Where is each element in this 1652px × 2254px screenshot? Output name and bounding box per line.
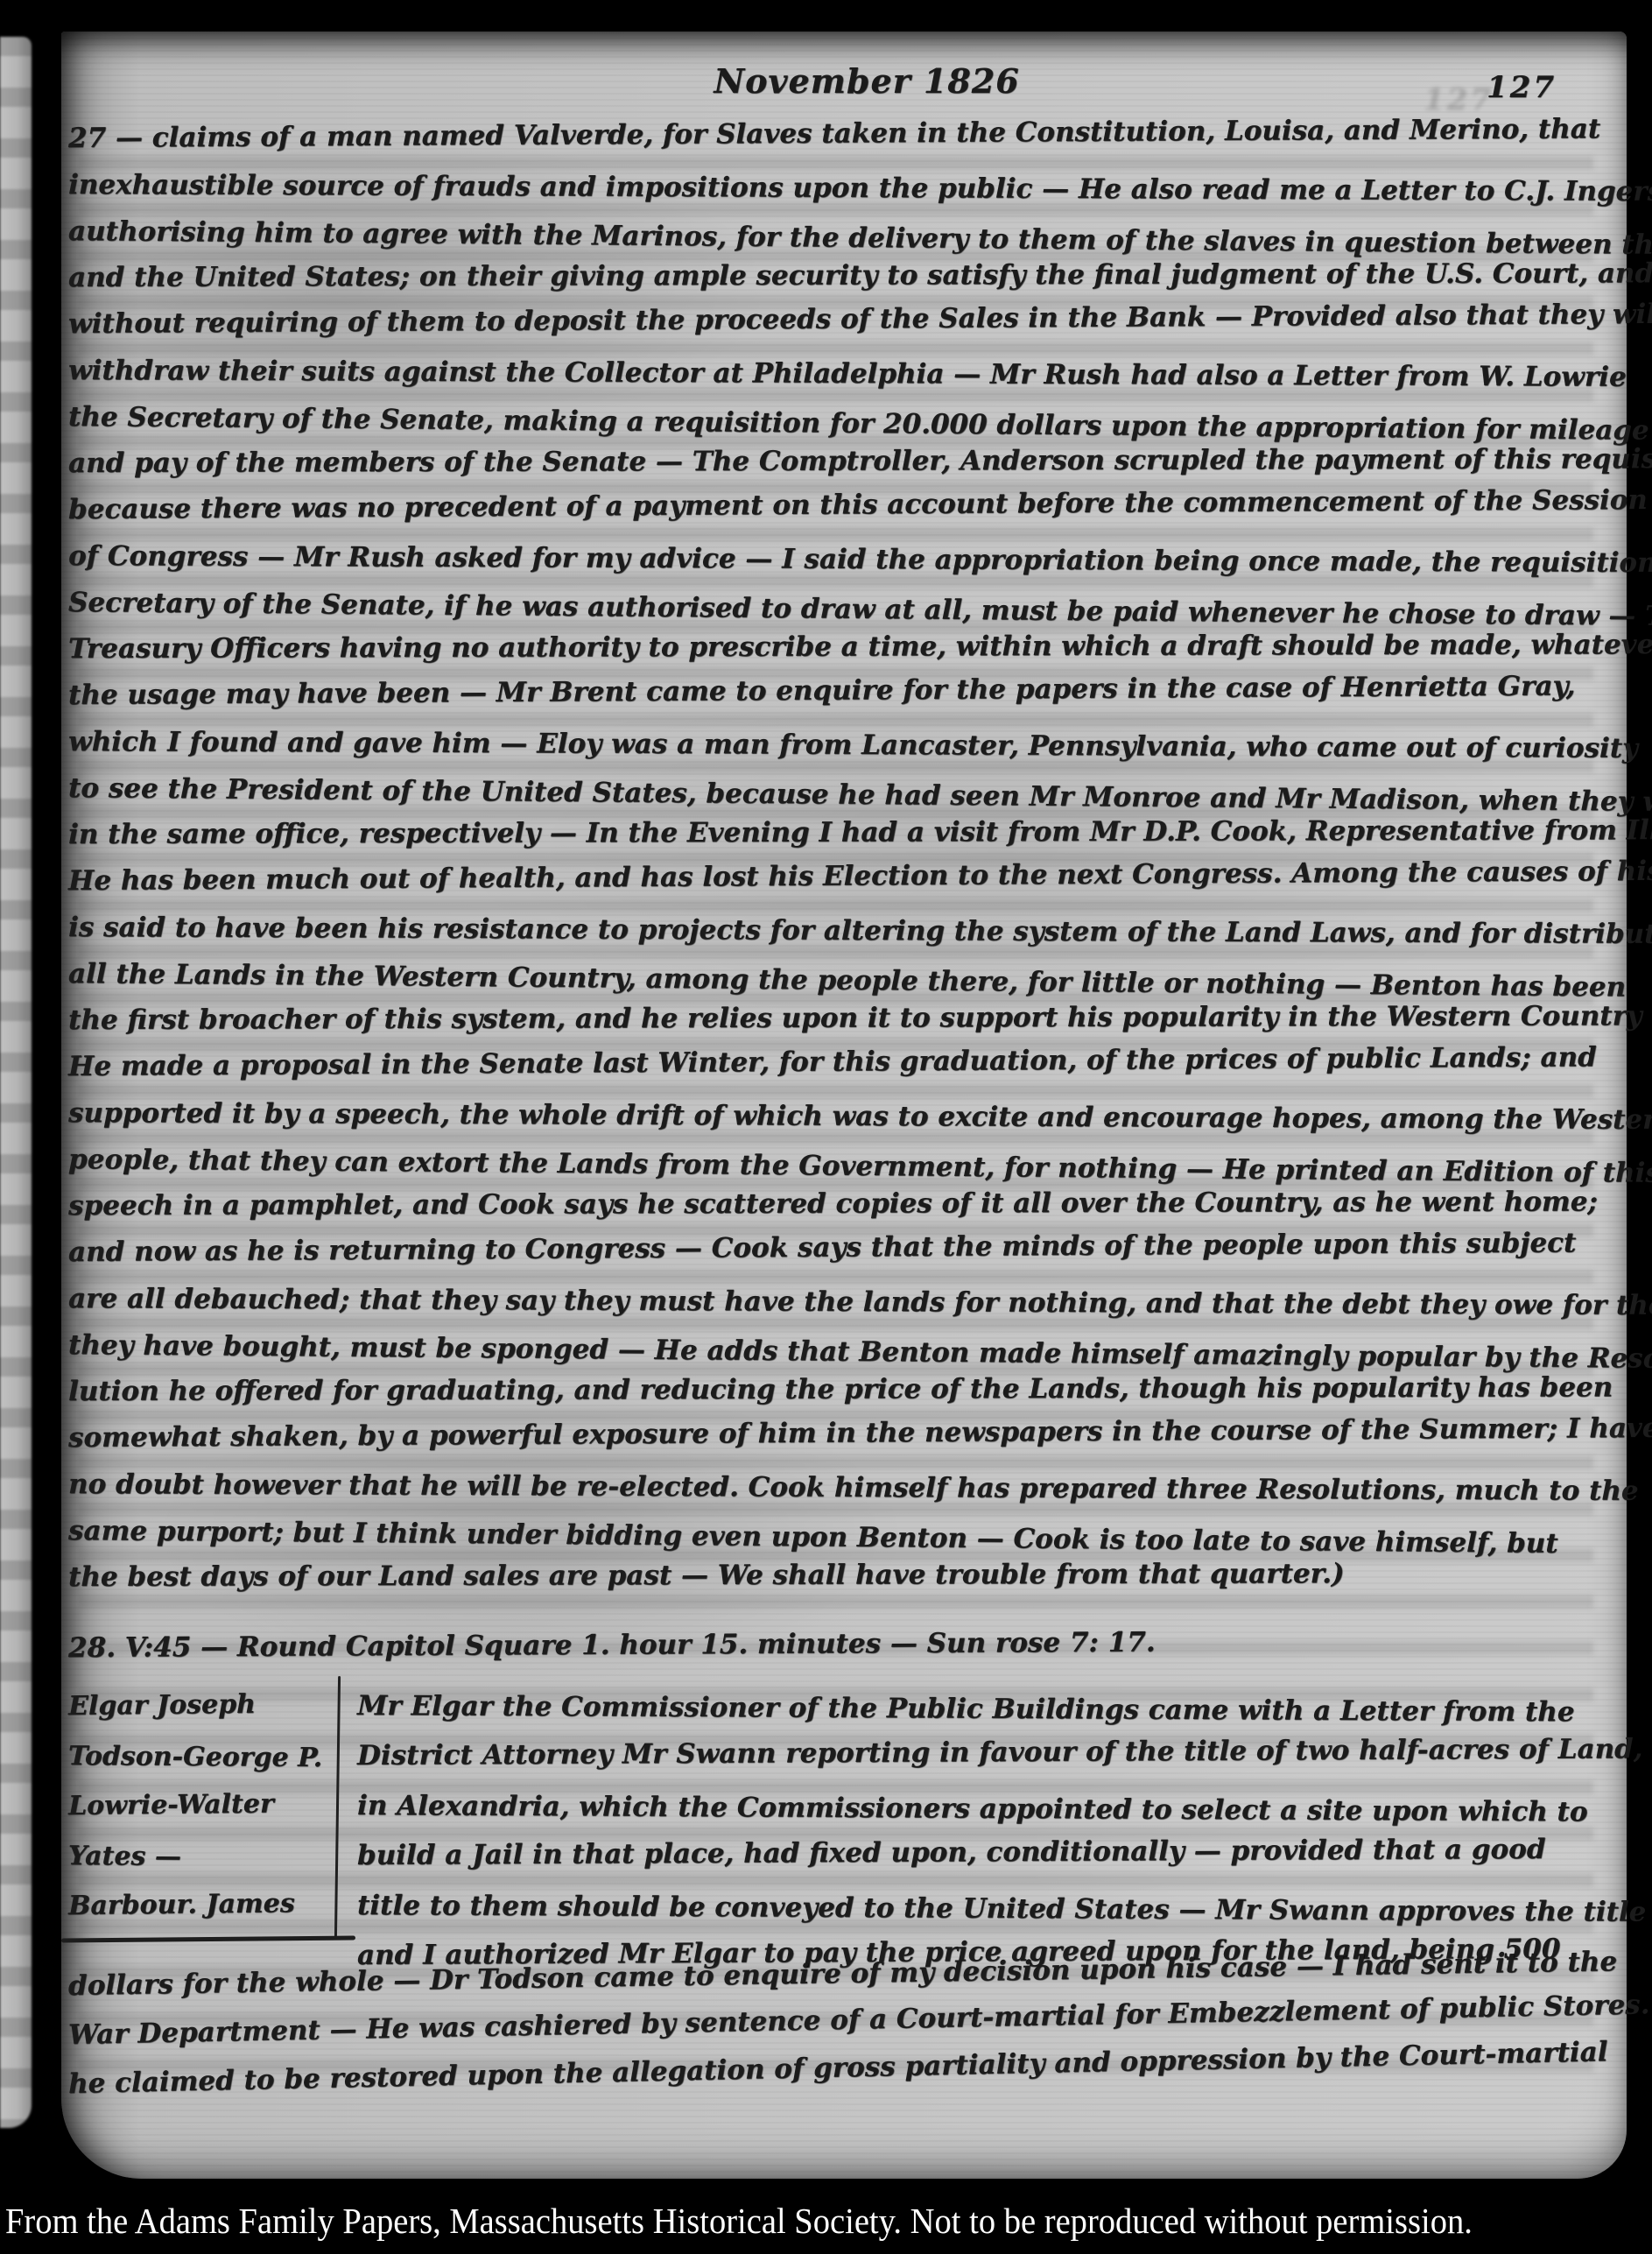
margin-name: Lowrie-Walter xyxy=(68,1779,332,1831)
entry-28-text-column: Mr Elgar the Commissioner of the Public … xyxy=(357,1681,1646,1981)
entry-28-continuation: dollars for the whole — Dr Todson came t… xyxy=(68,1962,1609,2109)
margin-underline-rule xyxy=(61,1936,355,1943)
diary-line: because there was no precedent of a paym… xyxy=(68,477,1609,533)
diary-line: which I found and gave him — Eloy was a … xyxy=(68,719,1609,772)
diary-entry-28: Elgar Joseph Todson-George P. Lowrie-Wal… xyxy=(68,1681,1609,1984)
diary-line: are all debauched; that they say they mu… xyxy=(68,1276,1609,1329)
diary-line: He has been much out of health, and has … xyxy=(68,849,1609,905)
margin-name: Barbour. James xyxy=(68,1878,332,1931)
previous-page-edge xyxy=(0,37,32,2128)
diary-line: build a Jail in that place, had fixed up… xyxy=(357,1824,1647,1881)
diary-line: without requiring of them to deposit the… xyxy=(68,292,1609,348)
scanned-diary-page: November 1826 127 127 27 — claims of a m… xyxy=(0,0,1652,2254)
margin-name: Todson-George P. xyxy=(68,1731,331,1783)
diary-line: is said to have been his resistance to p… xyxy=(68,905,1609,958)
diary-line: no doubt however that he will be re-elec… xyxy=(68,1462,1609,1515)
diary-line: inexhaustible source of frauds and impos… xyxy=(68,162,1609,215)
margin-name: Yates — xyxy=(68,1831,331,1883)
diary-line: supported it by a speech, the whole drif… xyxy=(68,1090,1609,1144)
manuscript-page: November 1826 127 127 27 — claims of a m… xyxy=(61,32,1627,2179)
margin-name-list: Elgar Joseph Todson-George P. Lowrie-Wal… xyxy=(68,1681,331,1931)
diary-entry-28-opening: 28. V:45 — Round Capitol Square 1. hour … xyxy=(68,1626,1156,1664)
margin-name: Elgar Joseph xyxy=(68,1679,332,1731)
diary-line: the usage may have been — Mr Brent came … xyxy=(68,663,1609,719)
page-number: 127 xyxy=(1487,70,1557,105)
diary-entry-27: 27 — claims of a man named Valverde, for… xyxy=(68,116,1609,1601)
diary-line: of Congress — Mr Rush asked for my advic… xyxy=(68,533,1609,587)
column-divider-rule xyxy=(334,1676,341,1939)
diary-line: withdraw their suits against the Collect… xyxy=(68,348,1609,401)
diary-line: somewhat shaken, by a powerful exposure … xyxy=(68,1405,1609,1462)
diary-line: and now as he is returning to Congress —… xyxy=(68,1220,1609,1276)
diary-line: He made a proposal in the Senate last Wi… xyxy=(68,1034,1609,1090)
diary-line: the best days of our Land sales are past… xyxy=(68,1550,1609,1601)
archive-caption: From the Adams Family Papers, Massachuse… xyxy=(5,2194,1552,2247)
page-date-heading: November 1826 xyxy=(604,61,1129,101)
diary-line: District Attorney Mr Swann reporting in … xyxy=(357,1724,1647,1781)
diary-line: 27 — claims of a man named Valverde, for… xyxy=(68,106,1609,162)
